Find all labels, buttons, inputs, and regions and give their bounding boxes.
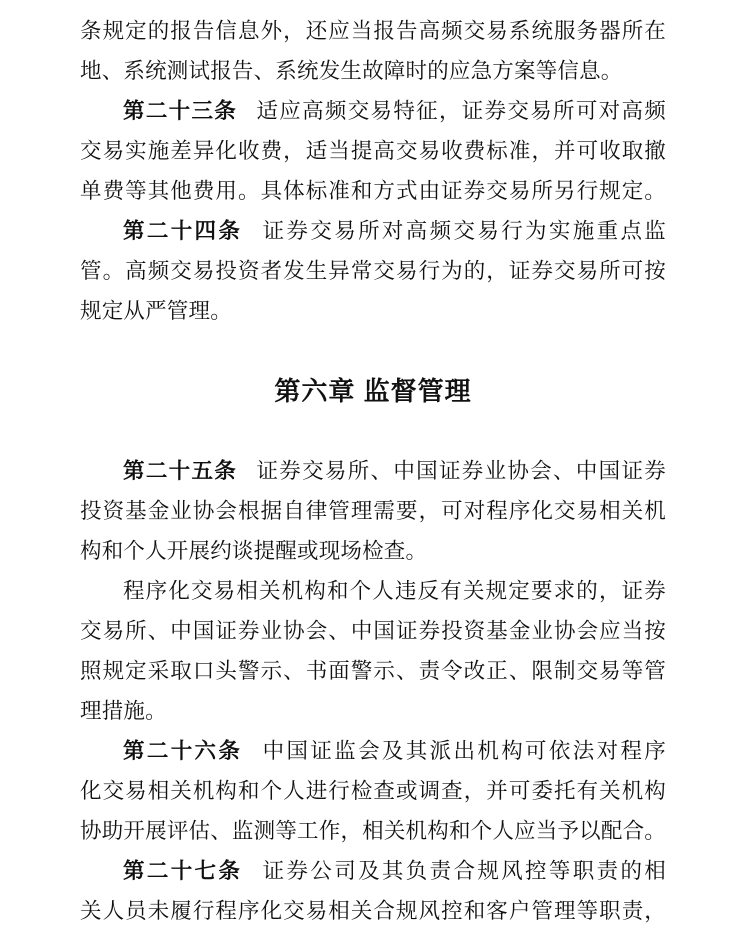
line-text: 适应高频交易特征，证券交易所可对高频	[255, 99, 666, 123]
article-number: 第二十四条	[123, 219, 242, 243]
text-line: 第二十四条证券交易所对高频交易行为实施重点监	[80, 211, 666, 251]
chapter-heading: 第六章 监督管理	[80, 371, 666, 411]
text-line: 构和个人开展约谈提醒或现场检查。	[80, 531, 666, 571]
text-line: 第二十六条中国证监会及其派出机构可依法对程序	[80, 731, 666, 771]
document-page: 条规定的报告信息外，还应当报告高频交易系统服务器所在地、系统测试报告、系统发生故…	[0, 0, 731, 946]
document-body: 条规定的报告信息外，还应当报告高频交易系统服务器所在地、系统测试报告、系统发生故…	[80, 11, 666, 931]
text-line: 照规定采取口头警示、书面警示、责令改正、限制交易等管	[80, 651, 666, 691]
text-line: 关人员未履行程序化交易相关合规风控和客户管理等职责，	[80, 891, 666, 931]
text-line: 第二十五条证券交易所、中国证券业协会、中国证券	[80, 451, 666, 491]
line-text: 证券交易所对高频交易行为实施重点监	[261, 219, 666, 243]
text-line: 化交易相关机构和个人进行检查或调查，并可委托有关机构	[80, 771, 666, 811]
text-line: 条规定的报告信息外，还应当报告高频交易系统服务器所在	[80, 11, 666, 51]
line-text: 证券公司及其负责合规风控等职责的相	[261, 859, 666, 883]
article-number: 第二十三条	[123, 99, 237, 123]
text-line: 理措施。	[80, 691, 666, 731]
text-line: 投资基金业协会根据自律管理需要，可对程序化交易相关机	[80, 491, 666, 531]
line-text: 中国证监会及其派出机构可依法对程序	[261, 739, 666, 763]
article-number: 第二十七条	[123, 859, 242, 883]
line-text: 证券交易所、中国证券业协会、中国证券	[255, 459, 666, 483]
text-line: 程序化交易相关机构和个人违反有关规定要求的，证券	[80, 571, 666, 611]
text-line: 第二十七条证券公司及其负责合规风控等职责的相	[80, 851, 666, 891]
blank-line	[80, 331, 666, 371]
text-line: 交易所、中国证券业协会、中国证券投资基金业协会应当按	[80, 611, 666, 651]
text-line: 管。高频交易投资者发生异常交易行为的，证券交易所可按	[80, 251, 666, 291]
text-line: 规定从严管理。	[80, 291, 666, 331]
text-line: 交易实施差异化收费，适当提高交易收费标准，并可收取撤	[80, 131, 666, 171]
blank-line	[80, 411, 666, 451]
text-line: 协助开展评估、监测等工作，相关机构和个人应当予以配合。	[80, 811, 666, 851]
article-number: 第二十六条	[123, 739, 242, 763]
article-number: 第二十五条	[123, 459, 237, 483]
text-line: 单费等其他费用。具体标准和方式由证券交易所另行规定。	[80, 171, 666, 211]
text-line: 地、系统测试报告、系统发生故障时的应急方案等信息。	[80, 51, 666, 91]
text-line: 第二十三条适应高频交易特征，证券交易所可对高频	[80, 91, 666, 131]
